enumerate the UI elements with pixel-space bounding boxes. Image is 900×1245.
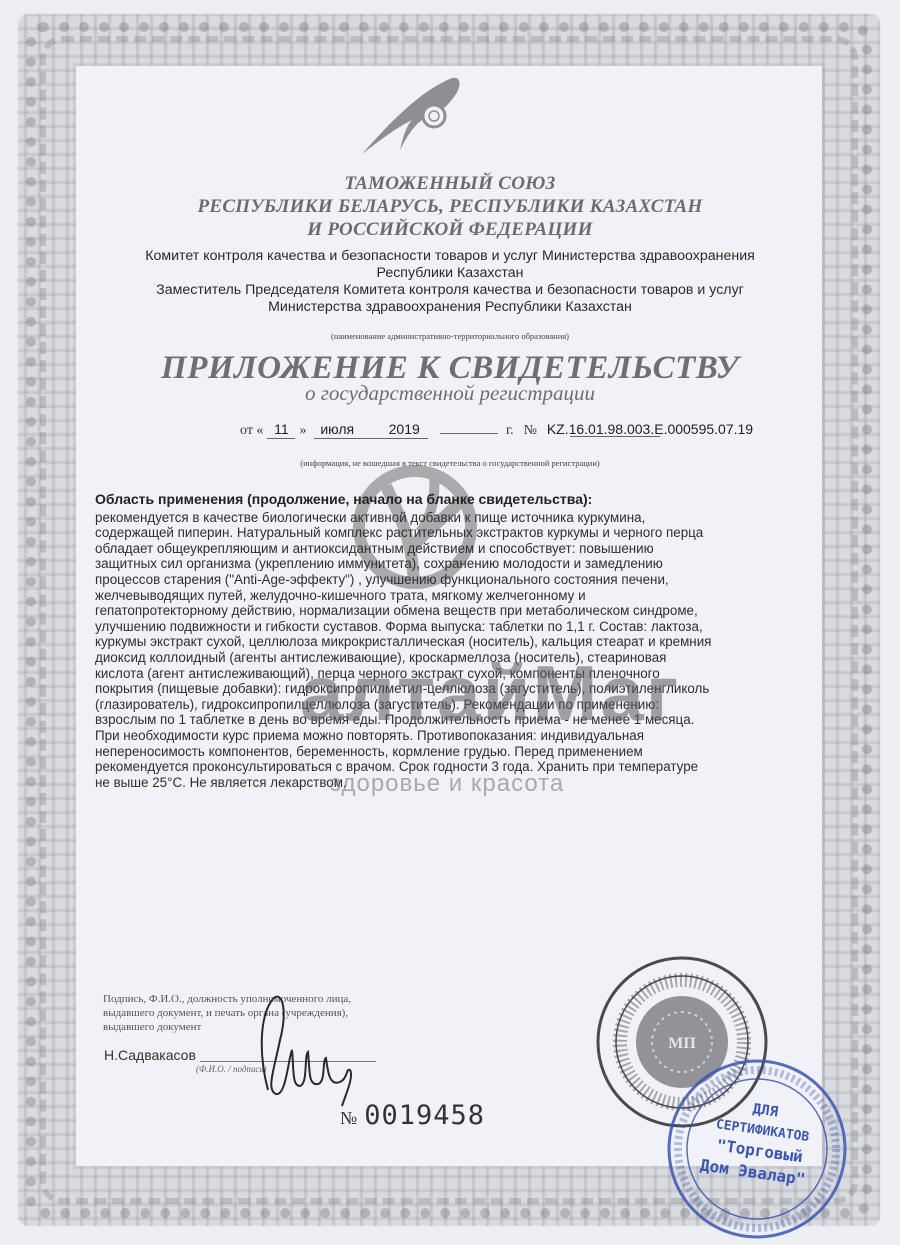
customs-union-title: ТАМОЖЕННЫЙ СОЮЗ РЕСПУБЛИКИ БЕЛАРУСЬ, РЕС…	[0, 172, 900, 241]
union-line: И РОССИЙСКОЙ ФЕДЕРАЦИИ	[0, 218, 900, 241]
year-suffix: г.	[506, 423, 514, 438]
scope-heading: Область применения (продолжение, начало …	[95, 492, 815, 508]
company-stamp-icon: ДЛЯ СЕРТИФИКАТОВ "Торговый Дом Эвалар"	[664, 1056, 850, 1242]
date-number-row: от «11» июля 2019 г. № KZ.16.01.98.003.E…	[240, 416, 757, 440]
body-line: содержащей пиперин. Натуральный комплекс…	[95, 525, 815, 541]
seal-center-text: МП	[668, 1035, 696, 1052]
year-field: 2019	[380, 421, 428, 439]
issuer-line: Комитет контроля качества и безопасности…	[0, 248, 900, 265]
number-label: №	[524, 423, 537, 438]
handwritten-signature-icon	[250, 990, 360, 1110]
close-quote: »	[299, 423, 306, 438]
body-line: обладает общеукрепляющим и антиоксидантн…	[95, 541, 815, 557]
watermark-tagline: здоровье и красота	[330, 770, 564, 798]
issuer-caption: (наименование административно-территориа…	[0, 331, 900, 341]
customs-union-emblem-icon	[352, 70, 462, 160]
scope-of-application: Область применения (продолжение, начало …	[95, 492, 815, 790]
serial-number: №0019458	[340, 1100, 485, 1131]
body-line: защитных сил организма (укреплению иммун…	[95, 556, 815, 572]
body-line: непереносимость компонентов, беременност…	[95, 744, 815, 760]
day-field: 11	[267, 421, 295, 439]
from-label: от «	[240, 423, 263, 438]
body-line: улучшению подвижности и гибкости суставо…	[95, 619, 815, 635]
issuing-authority: Комитет контроля качества и безопасности…	[0, 248, 900, 316]
body-line: желчевыводящих путей, желудочно-кишечног…	[95, 588, 815, 604]
signer-name: Н.Садвакасов	[104, 1047, 196, 1063]
issuer-line: Заместитель Председателя Комитета контро…	[0, 282, 900, 299]
document-subtitle: о государственной регистрации	[0, 381, 900, 406]
union-line: РЕСПУБЛИКИ БЕЛАРУСЬ, РЕСПУБЛИКИ КАЗАХСТА…	[0, 195, 900, 218]
body-line: рекомендуется в качестве биологически ак…	[95, 510, 815, 526]
watermark-brand: алтайМаг	[300, 648, 680, 739]
issuer-line: Республики Казахстан	[0, 265, 900, 282]
year-blank	[440, 416, 498, 434]
body-line: гепатопротекторному действию, нормализац…	[95, 603, 815, 619]
stamp-line: ДЛЯ	[752, 1101, 779, 1120]
union-line: ТАМОЖЕННЫЙ СОЮЗ	[0, 172, 900, 195]
number-underline	[570, 436, 660, 437]
serial-prefix: №	[340, 1108, 358, 1128]
body-line: процессов старения ("Anti-Age-эффекту") …	[95, 572, 815, 588]
serial-value: 0019458	[364, 1100, 485, 1131]
issuer-line: Министерства здравоохранения Республики …	[0, 299, 900, 316]
certificate-sheet: ТАМОЖЕННЫЙ СОЮЗ РЕСПУБЛИКИ БЕЛАРУСЬ, РЕС…	[0, 0, 900, 1245]
